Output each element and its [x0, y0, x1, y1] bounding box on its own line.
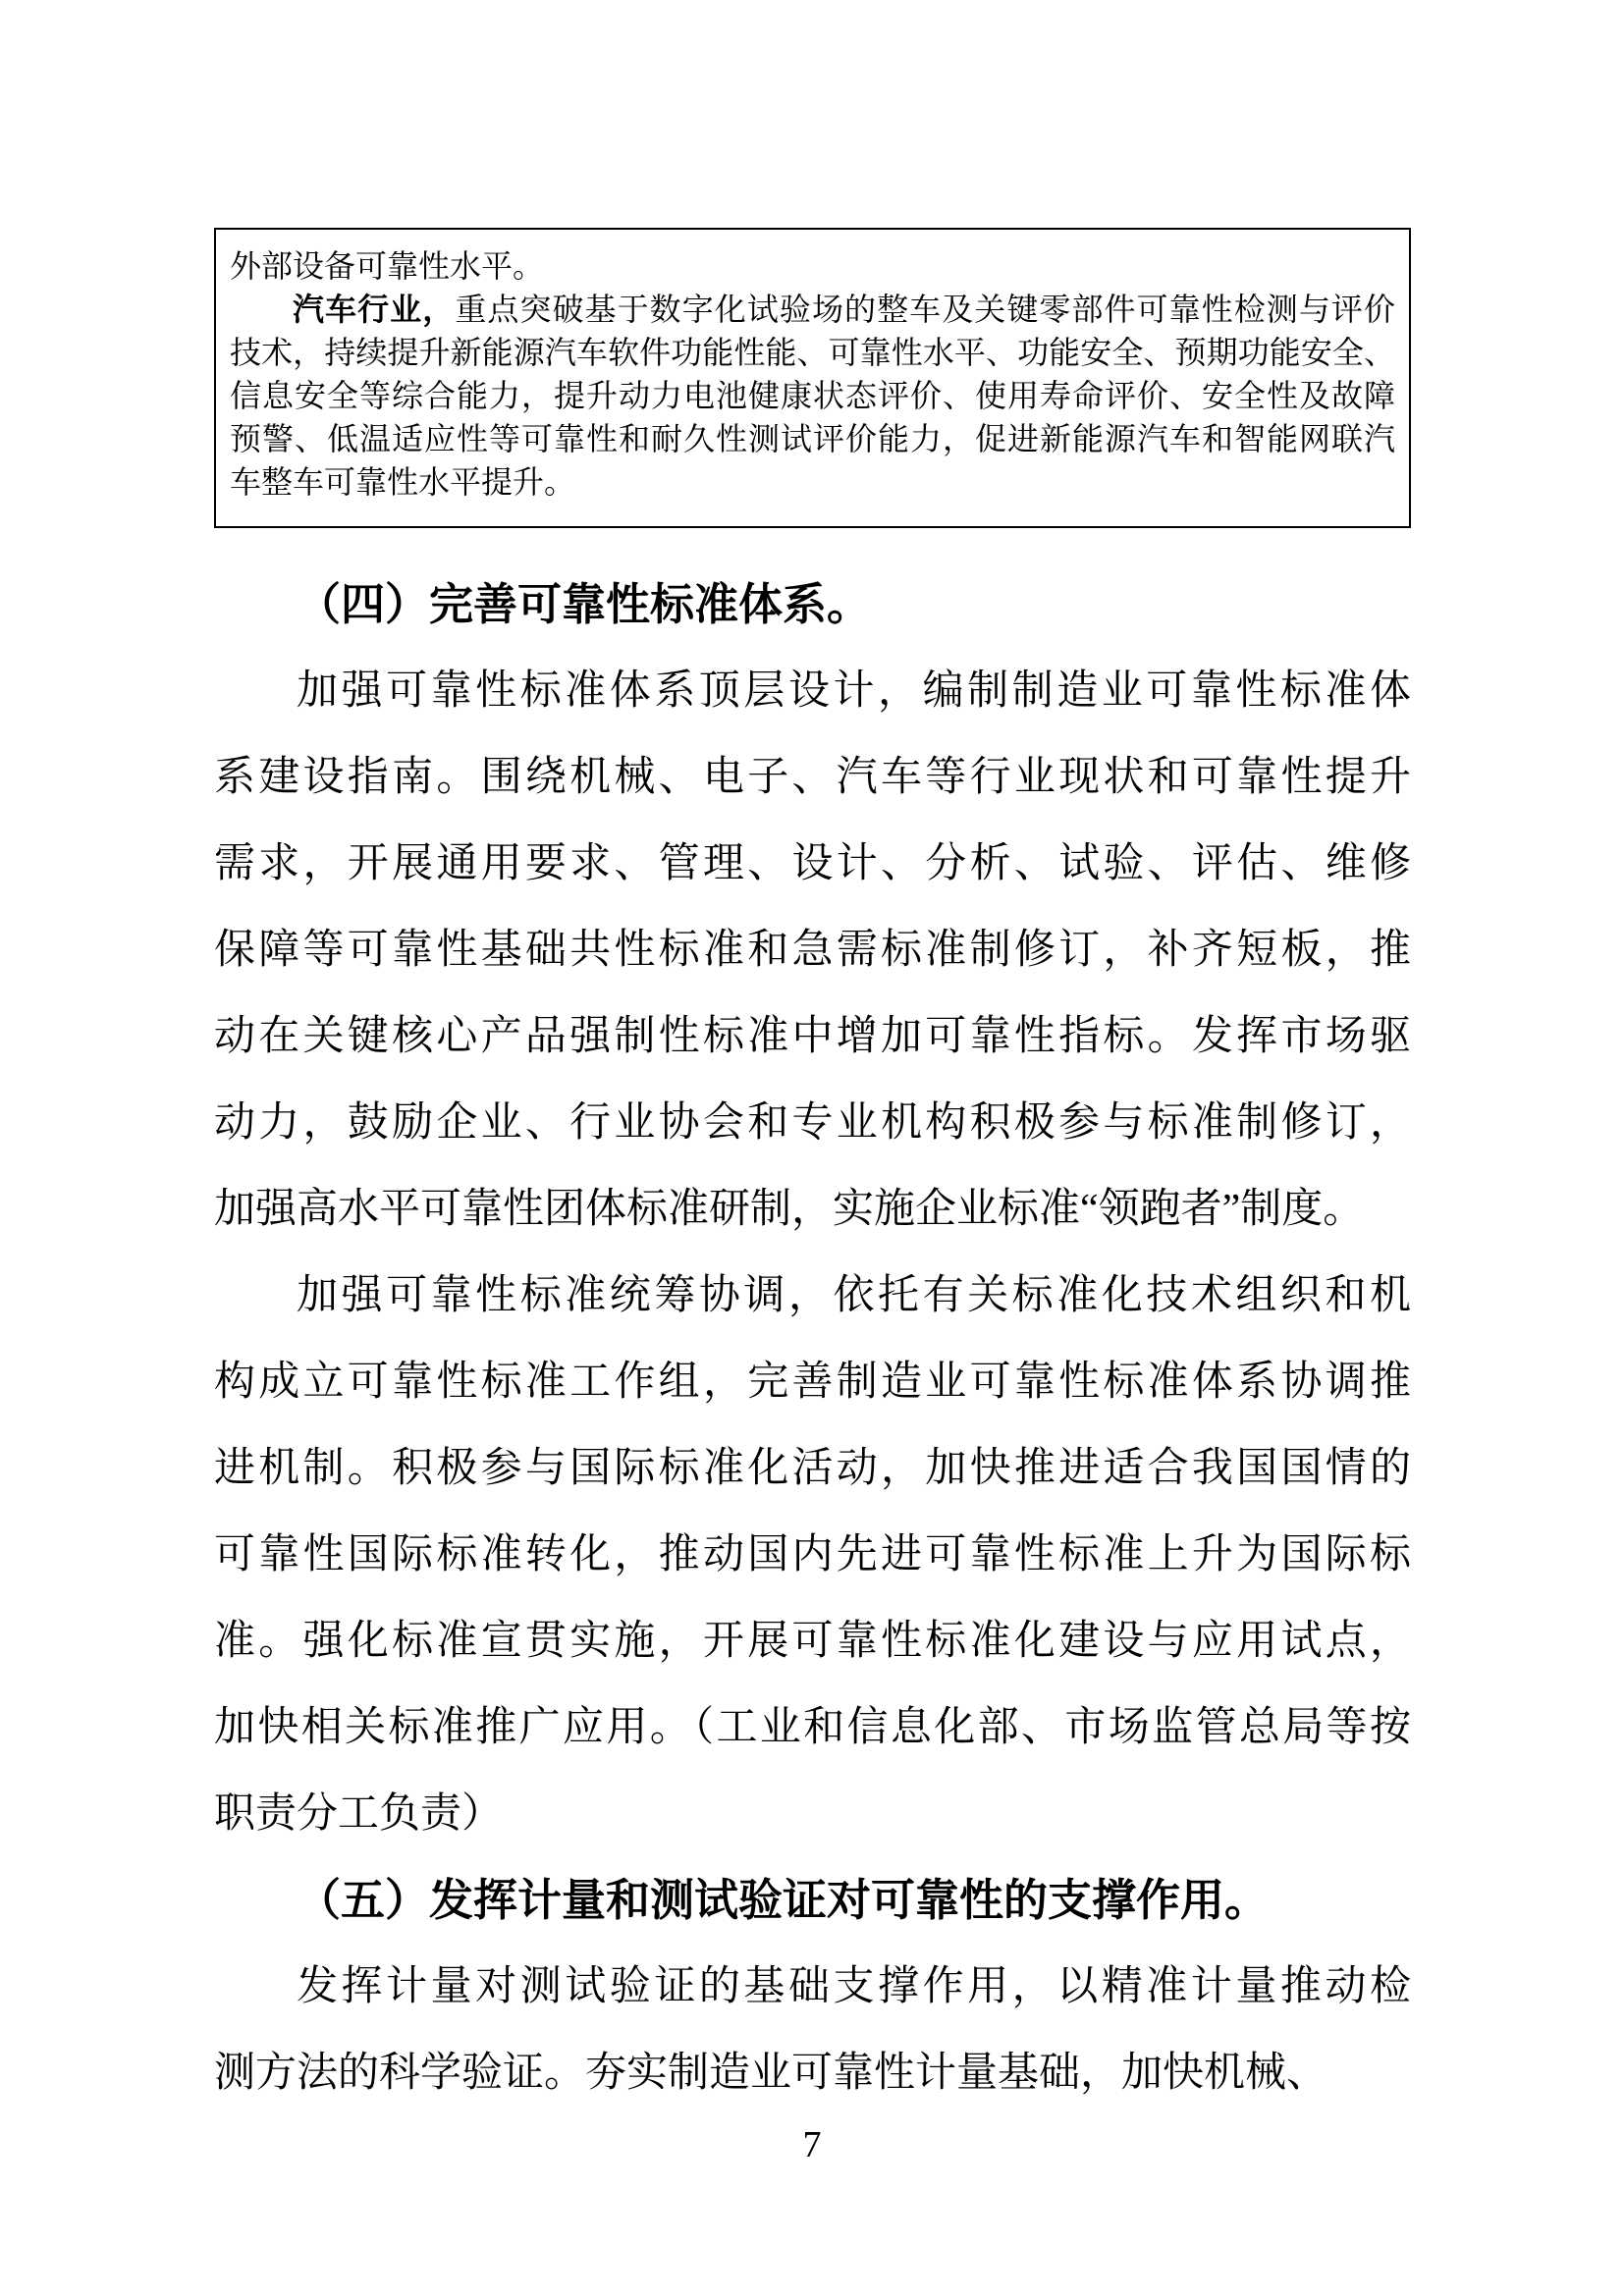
section-4-paragraph-2: 加强可靠性标准统筹协调，依托有关标准化技术组织和机构成立可靠性标准工作组，完善制… — [214, 1253, 1411, 1857]
callout-line: 信息安全等综合能力，提升动力电池健康状态评价、使用寿命评价、安全性及故障 — [230, 374, 1395, 417]
text-line: 加快相关标准推广应用。（工业和信息化部、市场监管总局等按 — [214, 1684, 1411, 1771]
document-body: （四）完善可靠性标准体系。 加强可靠性标准体系顶层设计，编制制造业可靠性标准体系… — [214, 561, 1411, 2116]
text-line: 加强可靠性标准统筹协调，依托有关标准化技术组织和机 — [214, 1253, 1411, 1339]
page-number: 7 — [0, 2120, 1624, 2169]
text-line: 加强高水平可靠性团体标准研制，实施企业标准“领跑者”制度。 — [214, 1166, 1411, 1253]
text-line: 需求，开展通用要求、管理、设计、分析、试验、评估、维修 — [214, 821, 1411, 907]
callout-line: 外部设备可靠性水平。 — [230, 244, 1395, 288]
section-4-paragraph-1: 加强可靠性标准体系顶层设计，编制制造业可靠性标准体系建设指南。围绕机械、电子、汽… — [214, 648, 1411, 1253]
section-5-paragraph-1: 发挥计量对测试验证的基础支撑作用，以精准计量推动检测方法的科学验证。夯实制造业可… — [214, 1944, 1411, 2116]
document-page: 外部设备可靠性水平。 汽车行业，重点突破基于数字化试验场的整车及关键零部件可靠性… — [0, 0, 1624, 2296]
callout-line: 预警、低温适应性等可靠性和耐久性测试评价能力，促进新能源汽车和智能网联汽 — [230, 417, 1395, 460]
text-line: 测方法的科学验证。夯实制造业可靠性计量基础，加快机械、 — [214, 2030, 1411, 2116]
text-line: 动力，鼓励企业、行业协会和专业机构积极参与标准制修订， — [214, 1080, 1411, 1166]
text-line: 可靠性国际标准转化，推动国内先进可靠性标准上升为国际标 — [214, 1512, 1411, 1598]
section-5-heading: （五）发挥计量和测试验证对可靠性的支撑作用。 — [214, 1857, 1411, 1944]
industry-term-bold: 汽车行业， — [293, 292, 455, 327]
callout-line: 技术，持续提升新能源汽车软件功能性能、可靠性水平、功能安全、预期功能安全、 — [230, 331, 1395, 374]
text-line: 职责分工负责） — [214, 1771, 1411, 1857]
text-line: 构成立可靠性标准工作组，完善制造业可靠性标准体系协调推 — [214, 1339, 1411, 1425]
text-line: 保障等可靠性基础共性标准和急需标准制修订，补齐短板，推 — [214, 907, 1411, 993]
callout-line: 车整车可靠性水平提升。 — [230, 460, 1395, 504]
text-line: 动在关键核心产品强制性标准中增加可靠性指标。发挥市场驱 — [214, 993, 1411, 1080]
callout-line-text: 重点突破基于数字化试验场的整车及关键零部件可靠性检测与评价 — [455, 292, 1395, 327]
text-line: 系建设指南。围绕机械、电子、汽车等行业现状和可靠性提升 — [214, 734, 1411, 821]
text-line: 发挥计量对测试验证的基础支撑作用，以精准计量推动检 — [214, 1944, 1411, 2030]
text-line: 进机制。积极参与国际标准化活动，加快推进适合我国国情的 — [214, 1425, 1411, 1512]
callout-line: 汽车行业，重点突破基于数字化试验场的整车及关键零部件可靠性检测与评价 — [230, 288, 1395, 331]
text-line: 加强可靠性标准体系顶层设计，编制制造业可靠性标准体 — [214, 648, 1411, 734]
text-line: 准。强化标准宣贯实施，开展可靠性标准化建设与应用试点， — [214, 1598, 1411, 1684]
section-4-heading: （四）完善可靠性标准体系。 — [214, 561, 1411, 648]
callout-box: 外部设备可靠性水平。 汽车行业，重点突破基于数字化试验场的整车及关键零部件可靠性… — [214, 228, 1411, 528]
